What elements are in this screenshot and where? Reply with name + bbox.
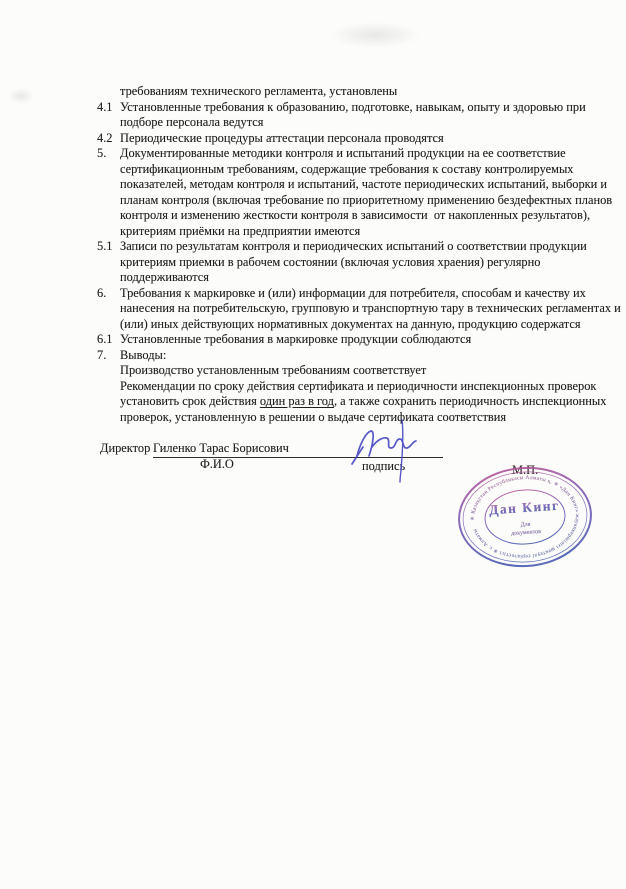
- director-name: Гиленко Тарас Борисович: [153, 441, 443, 458]
- body-line: планам контроля (включая требование по п…: [120, 193, 593, 209]
- body-line: Установленные требования к образованию, …: [120, 100, 593, 116]
- seal-place-label: М.П.: [512, 463, 538, 478]
- list-item: 5.Документированные методики контроля и …: [97, 146, 593, 239]
- item-number: 5.1: [97, 239, 120, 255]
- item-text: Выводы:: [120, 348, 593, 364]
- numbered-items-list: 4.1Установленные требования к образовани…: [97, 100, 593, 364]
- scan-smudge: [330, 22, 420, 48]
- recommendation-text: , а также сохранить периодичность инспек…: [334, 394, 607, 408]
- list-item: 4.1Установленные требования к образовани…: [97, 100, 593, 131]
- item-text: Записи по результатам контроля и периоди…: [120, 239, 593, 286]
- item-text: Установленные требования к образованию, …: [120, 100, 593, 131]
- underlined-term: один раз в год: [260, 394, 334, 408]
- body-line: Установленные требования в маркировке пр…: [120, 332, 593, 348]
- fio-label: Ф.И.О: [200, 457, 234, 472]
- list-item: 6.Требования к маркировке и (или) информ…: [97, 286, 593, 333]
- conclusion-block: Производство установленным требованиям с…: [120, 363, 593, 425]
- item-text: Документированные методики контроля и ис…: [120, 146, 593, 239]
- list-item: 5.1Записи по результатам контроля и пери…: [97, 239, 593, 286]
- body-line: Выводы:: [120, 348, 593, 364]
- recommendation-text: установить срок действия: [120, 394, 260, 408]
- body-line: поддерживаются: [120, 270, 593, 286]
- document-body: требованиям технического регламента, уст…: [97, 84, 593, 425]
- stamp-subtitle: Для: [520, 522, 530, 529]
- body-line: критериям приемки в рабочем состоянии (в…: [120, 255, 593, 271]
- item-number: 4.2: [97, 131, 120, 147]
- body-line: показателей, методам контроля и испытани…: [120, 177, 593, 193]
- body-line: сертификационным требованиям, содержащие…: [120, 162, 593, 178]
- scan-smudge: [8, 88, 34, 104]
- recommendation-line: установить срок действия один раз в год,…: [120, 394, 593, 410]
- recommendation-line: проверок, установленную в решении о выда…: [120, 410, 593, 426]
- body-line: подборе персонала ведутся: [120, 115, 593, 131]
- conclusion-line: Производство установленным требованиям с…: [120, 363, 593, 379]
- body-line: нанесения на потребительскую, групповую …: [120, 301, 593, 317]
- item-number: 7.: [97, 348, 120, 364]
- list-item: 7.Выводы:: [97, 348, 593, 364]
- item-text: Требования к маркировке и (или) информац…: [120, 286, 593, 333]
- recommendation-line: Рекомендации по сроку действия сертифика…: [120, 379, 593, 395]
- body-line: Записи по результатам контроля и периоди…: [120, 239, 593, 255]
- body-line: контроля и изменению жесткости контроля …: [120, 208, 593, 224]
- signature-block: Директор Гиленко Тарас Борисович Ф.И.О п…: [0, 441, 626, 501]
- body-line: Документированные методики контроля и ис…: [120, 146, 593, 162]
- body-line: критериям приёмки на предприятии имеются: [120, 224, 593, 240]
- item-number: 6.: [97, 286, 120, 302]
- item-text: Периодические процедуры аттестации персо…: [120, 131, 593, 147]
- item-number: 6.1: [97, 332, 120, 348]
- body-line: Требования к маркировке и (или) информац…: [120, 286, 593, 302]
- continuation-line: требованиям технического регламента, уст…: [120, 84, 593, 100]
- item-number: 5.: [97, 146, 120, 162]
- item-text: Установленные требования в маркировке пр…: [120, 332, 593, 348]
- list-item: 6.1Установленные требования в маркировке…: [97, 332, 593, 348]
- body-line: Периодические процедуры аттестации персо…: [120, 131, 593, 147]
- item-number: 4.1: [97, 100, 120, 116]
- signature-caption: подпись: [362, 459, 405, 474]
- stamp-subtitle: документов: [511, 529, 541, 537]
- body-line: (или) иных действующих нормативных докум…: [120, 317, 593, 333]
- scanned-document-page: требованиям технического регламента, уст…: [0, 0, 626, 889]
- list-item: 4.2Периодические процедуры аттестации пе…: [97, 131, 593, 147]
- director-label: Директор: [100, 441, 150, 456]
